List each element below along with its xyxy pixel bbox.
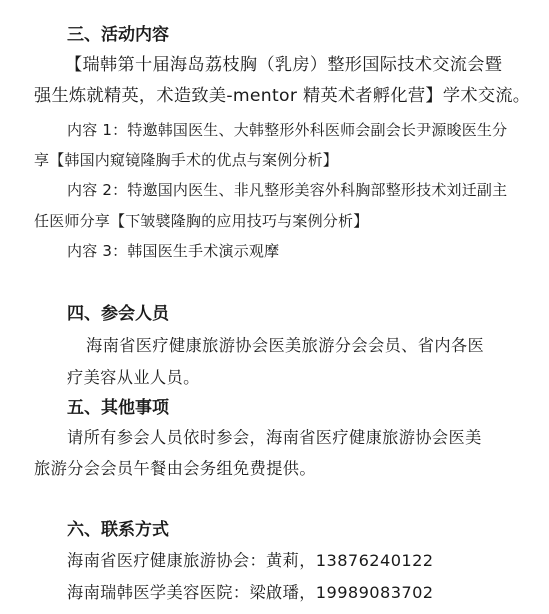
section-5-line-2: 旅游分会会员午餐由会务组免费提供。 <box>34 461 316 477</box>
content-item-3-line-1: 内容 3：韩国医生手术演示观摩 <box>67 244 279 259</box>
content-item-2-line-1: 内容 2：特邀国内医生、非凡整形美容外科胸部整形技术刘迁副主 <box>67 183 507 198</box>
section-6-heading: 六、联系方式 <box>67 522 169 539</box>
section-4-line-1: 海南省医疗健康旅游协会医美旅游分会会员、省内各医 <box>86 338 484 354</box>
content-item-2-line-2: 任医师分享【下皱襞隆胸的应用技巧与案例分析】 <box>34 214 368 229</box>
section-3-heading: 三、活动内容 <box>67 27 169 44</box>
section-3-intro-line-1: 【瑞韩第十届海岛荔枝胸（乳房）整形国际技术交流会暨 <box>65 57 502 74</box>
content-item-1-line-1: 内容 1：特邀韩国医生、大韩整形外科医师会副会长尹源晙医生分 <box>67 123 507 138</box>
section-4-heading: 四、参会人员 <box>67 306 169 323</box>
contact-line-2: 海南瑞韩医学美容医院：梁啟璠，19989083702 <box>67 585 434 601</box>
section-3-intro-line-2: 强生炼就精英，术造致美-mentor 精英术者孵化营】学术交流。 <box>34 88 530 105</box>
content-item-1-line-2: 享【韩国内窥镜隆胸手术的优点与案例分析】 <box>34 153 338 168</box>
contact-line-1: 海南省医疗健康旅游协会：黄莉，13876240122 <box>67 553 434 569</box>
section-5-line-1: 请所有参会人员依时参会，海南省医疗健康旅游协会医美 <box>67 430 482 446</box>
section-5-heading: 五、其他事项 <box>67 400 169 417</box>
section-4-line-2: 疗美容从业人员。 <box>67 370 200 386</box>
